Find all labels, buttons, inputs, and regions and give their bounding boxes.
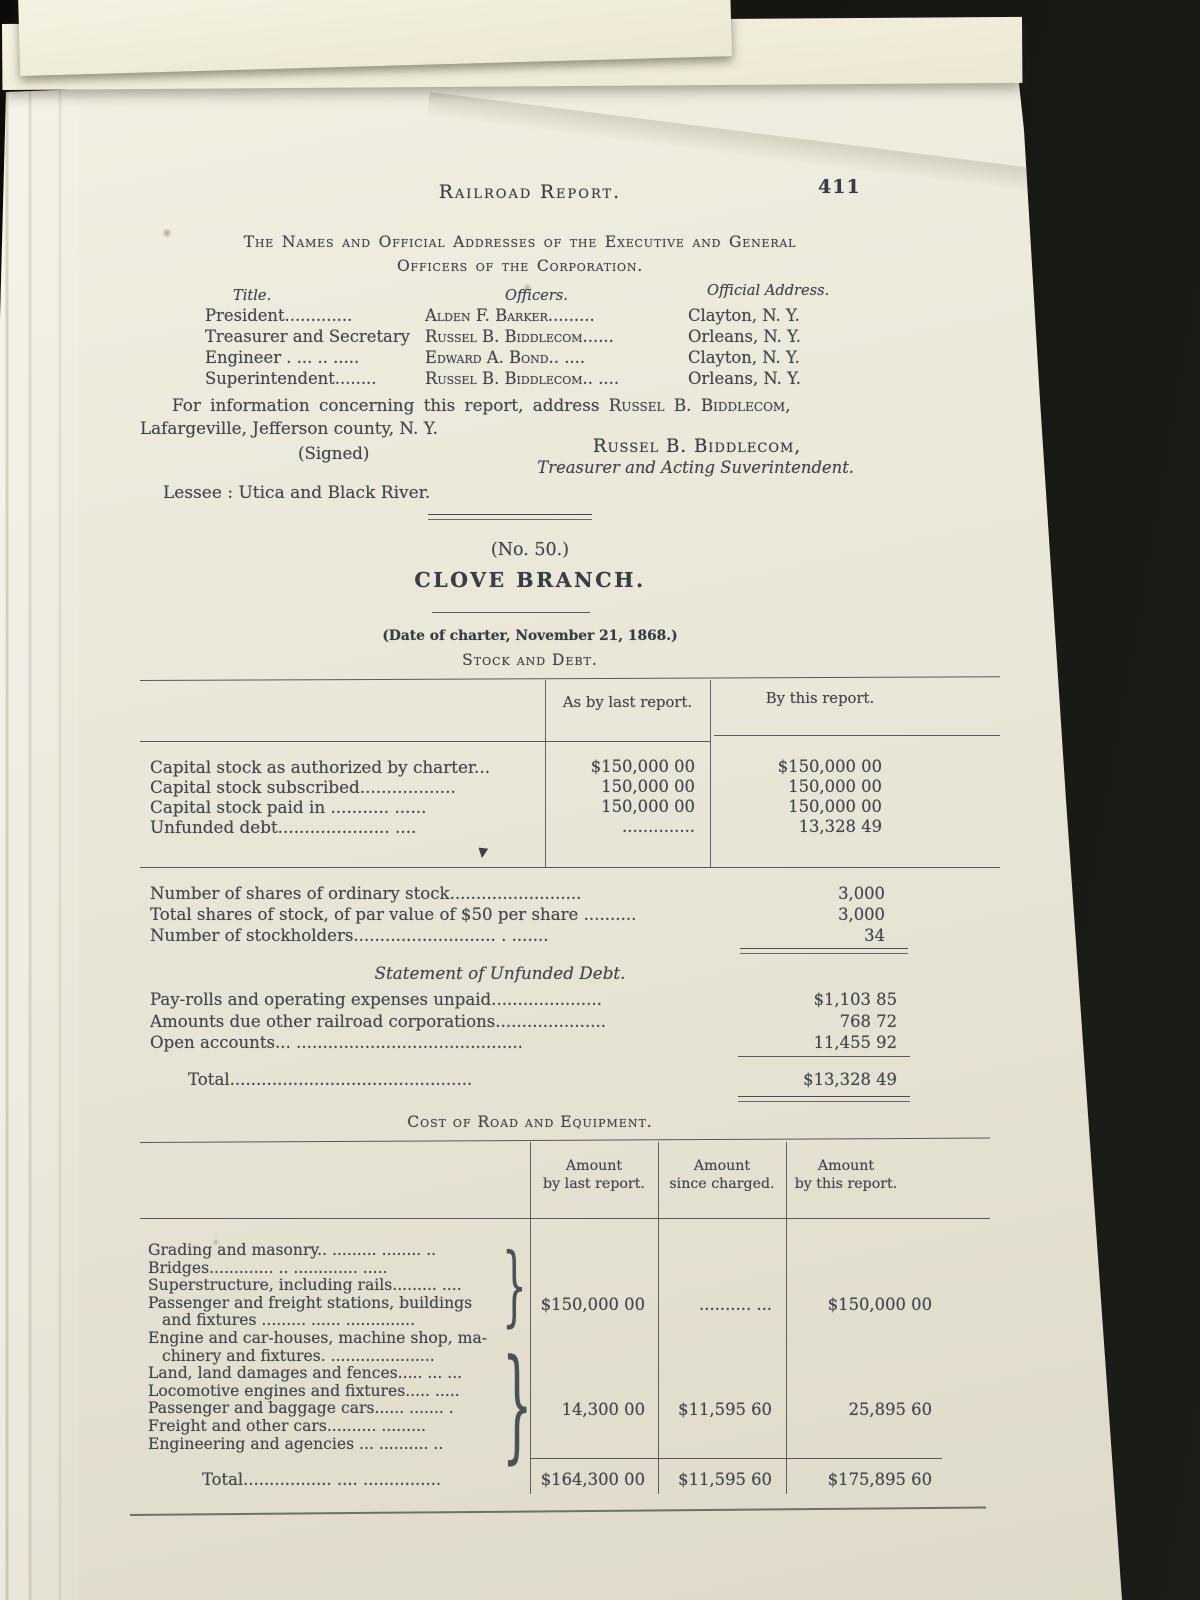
total-label: Total................. .... ............… — [202, 1470, 522, 1489]
row-label: Unfunded debt..................... .... — [150, 817, 540, 837]
unfunded-section: Pay-rolls and operating expenses unpaid.… — [140, 990, 1000, 1055]
value-last: $150,000 00 — [591, 757, 695, 776]
cost-heading: Cost of Road and Equipment. — [140, 1113, 920, 1131]
cost-label: Bridges............. .. ............. ..… — [148, 1260, 526, 1278]
header-line: by this report. — [786, 1176, 906, 1194]
brace-group2: } — [502, 1332, 532, 1476]
cost-label: Grading and masonry.. ......... ........… — [148, 1242, 526, 1260]
signed-label: (Signed) — [298, 444, 369, 463]
shares-divider — [740, 948, 908, 954]
value-last: 150,000 00 — [601, 797, 695, 816]
col-header-last-report: As by last report. — [545, 694, 710, 711]
col-header-this-report: By this report. — [710, 690, 930, 707]
cost-label: and fixtures ......... ...... ..........… — [148, 1312, 526, 1330]
value-last: 150,000 00 — [601, 777, 695, 796]
group1-last: $150,000 00 — [541, 1295, 645, 1314]
stock-row: Capital stock as authorized by charter..… — [140, 757, 1000, 777]
header-line: Amount — [658, 1158, 786, 1176]
stock-rows: Capital stock as authorized by charter..… — [140, 757, 1000, 837]
row-label: Amounts due other railroad corporations.… — [150, 1012, 770, 1031]
officer-row: Treasurer and Secretary Russel B. Biddle… — [205, 327, 870, 348]
officers-col-officers: Officers. — [505, 287, 568, 304]
officer-name: Russel B. Biddlecom.. .... — [425, 369, 688, 390]
row-value: 11,455 92 — [814, 1033, 897, 1052]
row-label: Capital stock paid in ........... ...... — [150, 797, 540, 817]
total-last: $164,300 00 — [541, 1470, 645, 1489]
brace-group1: } — [502, 1236, 527, 1337]
officer-name: Edward A. Bond.. .... — [425, 348, 688, 369]
table-column-border — [658, 1142, 659, 1494]
shares-row: Total shares of stock, of par value of $… — [140, 905, 1000, 926]
officers-table: Title. Officers. Official Address. Presi… — [205, 284, 870, 390]
group2-since: $11,595 60 — [678, 1400, 772, 1419]
stock-row: Unfunded debt..................... .... … — [140, 817, 1000, 837]
col-header-amount-last: Amount by last report. — [530, 1158, 658, 1193]
total-this: $175,895 60 — [828, 1470, 932, 1489]
company-name: CLOVE BRANCH. — [140, 568, 920, 592]
cost-label: Passenger and freight stations, building… — [148, 1295, 526, 1313]
officer-address: Orleans, N. Y. — [688, 327, 870, 348]
section-divider — [428, 514, 592, 520]
page-number: 411 — [818, 176, 861, 198]
officers-col-title: Title. — [233, 287, 271, 304]
info-paragraph-line1: For information concerning this report, … — [172, 395, 791, 415]
officer-title: Treasurer and Secretary — [205, 327, 425, 348]
ink-artifact — [479, 845, 491, 858]
unfunded-row: Amounts due other railroad corporations.… — [140, 1012, 1000, 1034]
info-text: For information concerning this report, … — [172, 395, 599, 415]
officer-name: Russel B. Biddlecom...... — [425, 327, 688, 348]
row-label: Number of stockholders..................… — [150, 926, 770, 945]
stock-debt-table: As by last report. By this report. Capit… — [140, 680, 1000, 870]
officer-address: Clayton, N. Y. — [688, 306, 870, 327]
report-number: (No. 50.) — [140, 540, 920, 560]
cost-label: chinery and fixtures. ..................… — [148, 1348, 526, 1366]
row-label: Number of shares of ordinary stock......… — [150, 884, 770, 903]
value-this: 150,000 00 — [788, 797, 882, 816]
table-top-rule — [140, 1138, 990, 1143]
officer-title: President............. — [205, 306, 425, 327]
book-page: Railroad Report. 411 The Names and Offic… — [0, 0, 1200, 1600]
unfunded-total-rule — [738, 1056, 910, 1057]
unfunded-bottom-divider — [738, 1096, 910, 1102]
header-line: Amount — [530, 1158, 658, 1176]
charter-date: (Date of charter, November 21, 1868.) — [140, 628, 920, 644]
cost-label: Freight and other cars.......... .......… — [148, 1418, 526, 1436]
total-label: Total...................................… — [188, 1070, 768, 1089]
row-value: 3,000 — [838, 884, 885, 903]
value-this: $150,000 00 — [778, 757, 882, 776]
total-rule — [530, 1458, 942, 1459]
group1-since: .......... ... — [699, 1295, 772, 1314]
group1-this: $150,000 00 — [828, 1295, 932, 1314]
binding-creases — [0, 86, 92, 1600]
info-paragraph-line2: Lafargeville, Jefferson county, N. Y. — [140, 418, 438, 438]
table-bottom-rule — [140, 867, 1000, 868]
group2-last: 14,300 00 — [562, 1400, 645, 1419]
group2-this: 25,895 60 — [849, 1400, 932, 1419]
cost-label: Land, land damages and fences..... ... .… — [148, 1365, 526, 1383]
signed-name: Russel B. Biddlecom, — [532, 436, 862, 457]
unfunded-total-row: Total...................................… — [140, 1070, 1000, 1091]
value-this: 13,328 49 — [799, 817, 882, 836]
info-contact-name: Russel B. Biddlecom, — [609, 395, 791, 415]
header-underline — [714, 735, 1000, 736]
row-label: Open accounts... .......................… — [150, 1033, 770, 1052]
cost-label: Superstructure, including rails.........… — [148, 1277, 526, 1295]
row-value: 34 — [864, 926, 885, 945]
col-header-amount-since: Amount since charged. — [658, 1158, 786, 1193]
intro-heading-line2: Officers of the Corporation. — [160, 257, 880, 275]
table-column-border — [786, 1142, 787, 1494]
officer-name: Alden F. Barker......... — [425, 306, 688, 327]
cost-label: Locomotive engines and fixtures..... ...… — [148, 1383, 526, 1401]
lessee-line: Lessee : Utica and Black River. — [163, 483, 430, 503]
shares-row: Number of shares of ordinary stock......… — [140, 884, 1000, 905]
cost-label: Engine and car-houses, machine shop, ma- — [148, 1330, 526, 1348]
header-line: by last report. — [530, 1176, 658, 1194]
officers-col-address: Official Address. — [707, 282, 829, 299]
total-since: $11,595 60 — [678, 1470, 772, 1489]
row-value: 768 72 — [840, 1012, 897, 1031]
shares-row: Number of stockholders..................… — [140, 926, 1000, 947]
row-label: Total shares of stock, of par value of $… — [150, 905, 770, 924]
intro-heading-line1: The Names and Official Addresses of the … — [140, 233, 900, 251]
cost-label: Engineering and agencies ... .......... … — [148, 1436, 526, 1454]
company-underline — [432, 612, 590, 613]
row-label: Capital stock as authorized by charter..… — [150, 757, 540, 777]
stock-row: Capital stock paid in ........... ......… — [140, 797, 1000, 817]
unfunded-heading: Statement of Unfunded Debt. — [200, 963, 800, 983]
table-top-rule — [140, 676, 1000, 681]
officer-row: President............. Alden F. Barker..… — [205, 306, 870, 327]
header-underline — [140, 741, 710, 742]
stock-debt-heading: Stock and Debt. — [140, 651, 920, 669]
officer-title: Engineer . ... .. ..... — [205, 348, 425, 369]
signed-title: Treasurer and Acting Suverintendent. — [532, 458, 854, 477]
unfunded-row: Pay-rolls and operating expenses unpaid.… — [140, 990, 1000, 1012]
row-label: Pay-rolls and operating expenses unpaid.… — [150, 990, 770, 1009]
header-line: since charged. — [658, 1176, 786, 1194]
officer-address: Orleans, N. Y. — [688, 369, 870, 390]
page-title: Railroad Report. — [140, 182, 920, 203]
cost-label: Passenger and baggage cars...... .......… — [148, 1400, 526, 1418]
photo-scene: Railroad Report. 411 The Names and Offic… — [0, 0, 1200, 1600]
header-line: Amount — [786, 1158, 906, 1176]
page-content: Railroad Report. 411 The Names and Offic… — [140, 0, 1000, 1600]
cost-table: Amount by last report. Amount since char… — [140, 1140, 990, 1516]
header-underline — [140, 1218, 990, 1219]
officer-address: Clayton, N. Y. — [688, 348, 870, 369]
officer-row: Superintendent........ Russel B. Biddlec… — [205, 369, 870, 390]
officer-title: Superintendent........ — [205, 369, 425, 390]
value-this: 150,000 00 — [788, 777, 882, 796]
value-last: .............. — [622, 817, 695, 836]
cost-label-column: Grading and masonry.. ......... ........… — [148, 1242, 526, 1453]
row-value: 3,000 — [838, 905, 885, 924]
row-value: $1,103 85 — [814, 990, 897, 1009]
row-label: Capital stock subscribed................… — [150, 777, 540, 797]
stock-row: Capital stock subscribed................… — [140, 777, 1000, 797]
officer-row: Engineer . ... .. ..... Edward A. Bond..… — [205, 348, 870, 369]
total-value: $13,328 49 — [803, 1070, 897, 1089]
shares-section: Number of shares of ordinary stock......… — [140, 884, 1000, 947]
col-header-amount-this: Amount by this report. — [786, 1158, 906, 1193]
unfunded-row: Open accounts... .......................… — [140, 1033, 1000, 1055]
